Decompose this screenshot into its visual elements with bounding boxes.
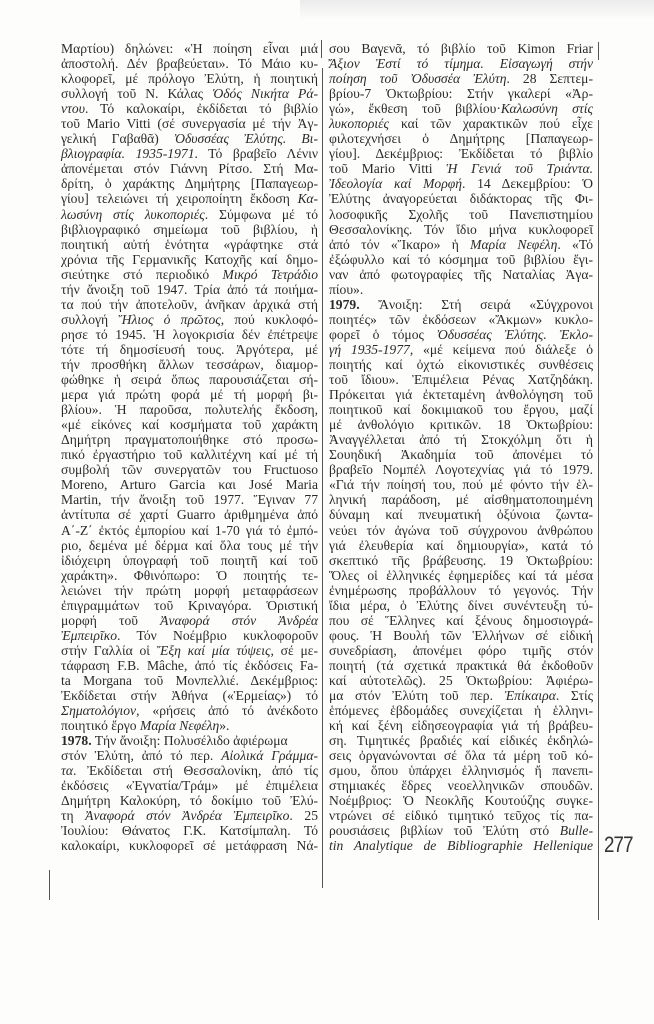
text-run: , «μέ κείμενα πού διάλεξε ὁ bbox=[410, 342, 593, 357]
text-line: φώθηκε ἡ σειρά ὅπως παρουσιάζεται σή- bbox=[61, 372, 318, 387]
text-line: σμου, ὅπου ὑπάρχει ἑλληνισμός ἤ πανεπι- bbox=[329, 763, 593, 778]
text-line: σου Βαγενᾶ, τό βιβλίο τοῦ Kimon Friar bbox=[329, 41, 593, 56]
text-line: ποιητές» τῶν ἐκδόσεων «Ἄκμων» κυκλο- bbox=[329, 312, 593, 327]
text-line: στημιακές ἕδρες νεοελληνικῶν σπουδῶν. bbox=[329, 778, 593, 793]
text-run: Ἐκδίδεται στήν Ἀθήνα («Ἑρμείας») τό bbox=[61, 688, 318, 703]
text-run: ἐνημέρωσης προβάλλουν τό γεγονός. Τήν bbox=[329, 583, 593, 598]
text-run: τοῦ Mario Vitti bbox=[329, 161, 446, 176]
text-line: πικό ἐργαστήριο τοῦ καλλιτέχνη καί μέ τή bbox=[61, 447, 318, 462]
text-run: βραβεῖο Νομπέλ Λογοτεχνίας γιά τό 1979. bbox=[329, 462, 593, 477]
text-line: ta Morgana τοῦ Μονπελλιέ. Δεκέμβριος: bbox=[61, 673, 318, 688]
text-run: βιβλιογραφικό σημείωμα τοῦ βιβλίου, ἡ bbox=[61, 222, 318, 237]
text-line: δύναμη καί πνευματική ὀξύνοια ζωντα- bbox=[329, 507, 593, 522]
text-line: τοῦ Mario Vitti Ἡ Γενιά τοῦ Τριάντα. bbox=[329, 161, 593, 176]
text-line: συλλογή Ἥλιος ὁ πρῶτος, πού κυκλοφό- bbox=[61, 312, 318, 327]
text-run: που σέ Ἕλληνες καί ξένους δημοσιογρά- bbox=[329, 613, 593, 628]
text-line: χαράκτη». Φθινόπωρο: Ὁ ποιητής τε- bbox=[61, 568, 318, 583]
text-line: Δημήτρη Καλοκύρη, τό δοκίμιο τοῦ Ἐλύ- bbox=[61, 793, 318, 808]
text-line: που σέ Ἕλληνες καί ξένους δημοσιογρά- bbox=[329, 613, 593, 628]
text-line: κή καί ξένη εἰδησεογραφία γιά τή βράβευ- bbox=[329, 718, 593, 733]
text-run: βρίου-7 Ὀκτωβρίου: Στήν γκαλερί «Ἀρ- bbox=[329, 86, 593, 101]
text-run: Ὅλες οἱ ἑλληνικές ἐφημερίδες καί τά μέσα bbox=[329, 568, 593, 583]
text-line: Ἰδεολογία καί Μορφή. 14 Δεκεμβρίου: Ὁ bbox=[329, 176, 593, 191]
text-run: τήν προσθήκη ἄλλων τεσσάρων, διαμορ- bbox=[61, 357, 318, 372]
text-line: γελική Γαβαθᾶ) Ὀδυσσέας Ἐλύτης. Βι- bbox=[61, 131, 318, 146]
text-run: μέ ἀνθολόγιο κριτικῶν. 18 Ὀκτωβρίου: bbox=[329, 417, 593, 432]
text-line: Martin, τήν ἄνοιξη τοῦ 1977. Ἔγιναν 77 bbox=[61, 492, 318, 507]
text-run: ἰδιόχειρη ὑπογραφή τοῦ ποιητῆ καί τοῦ bbox=[61, 553, 318, 568]
text-run: τοῦ Mario Vitti (σέ συνεργασία μέ τήν Ἀγ… bbox=[61, 116, 318, 131]
text-run: φώθηκε ἡ σειρά ὅπως παρουσιάζεται σή- bbox=[61, 372, 318, 387]
text-line: Ἰουλίου: Θάνατος Γ.Κ. Κατσίμπαλη. Τό bbox=[61, 823, 318, 838]
text-run: συμβολή τῶν συνεργατῶν του Fructuoso bbox=[61, 462, 318, 477]
text-line: δρίτη, ὁ χαράκτης Δημήτρης [Παπαγεωρ- bbox=[61, 176, 318, 191]
text-line: νεύει τόν ἀγώνα τοῦ σύγχρονου ἀνθρώπου bbox=[329, 523, 593, 538]
text-line: «Γιά τήν ποίησή του, πού μέ φόντο τήν ἑλ… bbox=[329, 477, 593, 492]
text-run: στημιακές ἕδρες νεοελληνικῶν σπουδῶν. bbox=[329, 778, 593, 793]
text-line: 1978. Τήν ἄνοιξη: Πολυσέλιδο ἀφιέρωμα bbox=[61, 733, 318, 748]
text-run: , σέ με- bbox=[271, 643, 318, 658]
italic-title: Ἐπίκαιρα bbox=[505, 688, 556, 703]
text-run: συλλογή bbox=[61, 312, 118, 327]
text-run: χρόνια τῆς Γερμανικῆς Κατοχῆς καί δημο- bbox=[61, 252, 318, 267]
text-line: μέ ἀνθολόγιο κριτικῶν. 18 Ὀκτωβρίου: bbox=[329, 417, 593, 432]
text-line: γή 1935-1977, «μέ κείμενα πού διάλεξε ὁ bbox=[329, 342, 593, 357]
text-run: , «ρήσεις ἀπό τό ἀνέκδοτο bbox=[136, 703, 318, 718]
text-run: τήν ἄνοιξη τοῦ 1947. Τρία ἀπό τά ποιήμα- bbox=[61, 282, 318, 297]
text-run: Ἄνοιξη: Στή σειρά «Σύγχρονοι bbox=[360, 297, 593, 312]
italic-title: ντου bbox=[61, 101, 85, 116]
text-run: ». bbox=[219, 718, 229, 733]
text-run: ἀπό τόν «Ἴκαρο» ἡ bbox=[329, 237, 470, 252]
text-run: ἐκδόσεις «Ἐγνατία/Τράμ» μέ ἐπιμέλεια bbox=[61, 778, 318, 793]
italic-title: γή 1935-1977 bbox=[329, 342, 410, 357]
italic-title: tin Analytique de Bibliographie Helleniq… bbox=[329, 838, 593, 853]
text-run: κλοφορεῖ, μέ πρόλογο Ἐλύτη, ἡ ποιητική bbox=[61, 71, 318, 86]
text-line: ἑπόμενες ἑβδομάδες συνεχίζεται ἡ ἑλληνι- bbox=[329, 703, 593, 718]
text-run: Ἀναγγέλλεται ἀπό τή Στοκχόλμη ὅτι ἡ bbox=[329, 432, 593, 447]
text-line: ἐπιγραμμάτων τοῦ Κριναγόρα. Ὁριστική bbox=[61, 598, 318, 613]
text-line: Δημήτρη πραγματοποιήθηκε στό προσω- bbox=[61, 432, 318, 447]
text-line: ἀντίτυπα σέ χαρτί Guarro ἀριθμημένα ἀπό bbox=[61, 507, 318, 522]
text-line: ἐνημέρωσης προβάλλουν τό γεγονός. Τήν bbox=[329, 583, 593, 598]
text-line: Πρόκειται γιά ἐκτεταμένη ἀνθολόγηση τοῦ bbox=[329, 387, 593, 402]
text-run: ρουσιάσεις βιβλίων τοῦ Ἐλύτη στό bbox=[329, 823, 560, 838]
text-run: λοσοφικῆς Σχολῆς τοῦ Πανεπιστημίου bbox=[329, 207, 593, 222]
italic-title: ποίηση τοῦ Ὀδυσσέα Ἐλύτη bbox=[329, 71, 507, 86]
text-line: ἀποστολή. Δέν βραβεύεται». Τό Μάιο κυ- bbox=[61, 56, 318, 71]
text-line: Ἀναγγέλλεται ἀπό τή Στοκχόλμη ὅτι ἡ bbox=[329, 432, 593, 447]
text-line: ἀπό τόν «Ἴκαρο» ἡ Μαρία Νεφέλη. «Τό bbox=[329, 237, 593, 252]
text-run: . Στίς bbox=[556, 688, 593, 703]
text-line: μορφή τοῦ Ἀναφορά στόν Ἀνδρέα bbox=[61, 613, 318, 628]
italic-title: Ὀδυσσέας Ἐλύτης. Βι- bbox=[174, 131, 318, 146]
text-run: ἐπιγραμμάτων τοῦ Κριναγόρα. Ὁριστική bbox=[61, 598, 318, 613]
text-line: χρόνια τῆς Γερμανικῆς Κατοχῆς καί δημο- bbox=[61, 252, 318, 267]
text-run: Θεσσαλονίκης. Τόν ἴδιο μήνα κυκλοφορεῖ bbox=[329, 222, 593, 237]
right-margin-rule bbox=[598, 42, 599, 60]
italic-title: βλιογραφία. 1935-1971 bbox=[61, 146, 195, 161]
italic-title: Μαρία Νεφέλη bbox=[140, 718, 219, 733]
text-run: ποιητικοῦ καί δοκιμιακοῦ του ἔργου, μαζί bbox=[329, 402, 593, 417]
text-run: συλλογή τοῦ Ν. Κάλας bbox=[61, 86, 212, 101]
text-run: Πρόκειται γιά ἐκτεταμένη ἀνθολόγηση τοῦ bbox=[329, 387, 593, 402]
italic-title: Ἰδεολογία καί Μορφή bbox=[329, 176, 462, 191]
italic-title: Καλωσύνη στίς bbox=[501, 101, 593, 116]
text-line: τότε τή δημοσίευσή τους. Ἀργότερα, μέ bbox=[61, 342, 318, 357]
text-line: καί αὐτοτελῶς). 25 Ὀκτωβρίου: Ἀφιέρω- bbox=[329, 673, 593, 688]
text-line: σιεύτηκε στό περιοδικό Μικρό Τετράδιο bbox=[61, 267, 318, 282]
text-run: ἀντίτυπα σέ χαρτί Guarro ἀριθμημένα ἀπό bbox=[61, 507, 318, 522]
text-line: μερα γιά πρώτη φορά μέ τή μορφή βι- bbox=[61, 387, 318, 402]
text-line: Ἐλύτης ἀναγορεύεται διδάκτορας τῆς Φι- bbox=[329, 191, 593, 206]
text-run: γίου]. Δεκέμβριος: Ἐκδίδεται τό βιβλίο bbox=[329, 146, 593, 161]
text-line: ἐξώφυλλο καί τό κόσμημα τοῦ βιβλίου ἔγι- bbox=[329, 252, 593, 267]
left-margin-rule bbox=[49, 870, 50, 900]
text-run: Δημήτρη Καλοκύρη, τό δοκίμιο τοῦ Ἐλύ- bbox=[61, 793, 318, 808]
text-line: βλίου». Ἡ παροῦσα, πολυτελής ἔκδοση, bbox=[61, 402, 318, 417]
text-line: πίου». bbox=[329, 282, 593, 297]
text-run: ναν ἀπό φωτογραφίες τῆς Ναταλίας Ἀγα- bbox=[329, 267, 593, 282]
text-run: . Ἐκδίδεται στή Θεσσαλονίκη, ἀπό τίς bbox=[73, 763, 318, 778]
text-line: βλιογραφία. 1935-1971. Τό βραβεῖο Λένιν bbox=[61, 146, 318, 161]
text-run: ριο, δεμένα μέ δέρμα καί ὅλα τους μέ τήν bbox=[61, 538, 318, 553]
text-line: ρησε τό 1945. Ἡ λογοκρισία δέν ἐπέτρεψε bbox=[61, 327, 318, 342]
text-line: συνεδρίαση, ἀπονέμει φόρο τιμῆς στόν bbox=[329, 643, 593, 658]
text-run: ντρώνει σέ εἰδικό τιμητικό τεῦχος τίς πα… bbox=[329, 808, 593, 823]
text-line: φιλοτεχνήσει ὁ Δημήτρης [Παπαγεωρ- bbox=[329, 131, 593, 146]
text-run: . 28 Σεπτεμ- bbox=[507, 71, 594, 86]
text-run: τοῦ ἴδιου». Ἐπιμέλεια Ρένας Χατζηδάκη. bbox=[329, 372, 593, 387]
italic-title: Ἄξιον Ἐστί τό τίμημα. Εἰσαγωγή στήν bbox=[329, 56, 593, 71]
text-line: 1979. Ἄνοιξη: Στή σειρά «Σύγχρονοι bbox=[329, 297, 593, 312]
text-line: ριο, δεμένα μέ δέρμα καί ὅλα τους μέ τήν bbox=[61, 538, 318, 553]
text-line: τάφραση F.B. Mâche, ἀπό τίς ἐκδόσεις Fa- bbox=[61, 658, 318, 673]
text-line: Ἐμπειρῖκο. Τόν Νοέμβριο κυκλοφοροῦν bbox=[61, 628, 318, 643]
left-text-column: Μαρτίου) δηλώνει: «Ἡ ποίηση εἶναι μιάἀπο… bbox=[61, 41, 318, 854]
italic-title: τα bbox=[61, 763, 73, 778]
text-line: ἰδιόχειρη ὑπογραφή τοῦ ποιητῆ καί τοῦ bbox=[61, 553, 318, 568]
text-run: φιλοτεχνήσει ὁ Δημήτρης [Παπαγεωρ- bbox=[329, 131, 593, 146]
text-run: ποιητής καί ὀχτώ εἰκονιστικές συνθέσεις bbox=[329, 357, 593, 372]
text-run: μορφή τοῦ bbox=[61, 613, 160, 628]
text-line: σεις ὀργανώνονται σέ ὅλα τά μέρη τοῦ κό- bbox=[329, 748, 593, 763]
text-line: λοσοφικῆς Σχολῆς τοῦ Πανεπιστημίου bbox=[329, 207, 593, 222]
text-run: Martin, τήν ἄνοιξη τοῦ 1977. Ἔγιναν 77 bbox=[61, 492, 318, 507]
text-run: σιεύτηκε στό περιοδικό bbox=[61, 267, 223, 282]
italic-title: Ἡ Γενιά τοῦ Τριάντα. bbox=[446, 161, 593, 176]
text-line: λωσύνη στίς λυκοποριές. Σύμφωνα μέ τό bbox=[61, 207, 318, 222]
text-line: «μέ εἰκόνες καί κοσμήματα τοῦ χαράκτη bbox=[61, 417, 318, 432]
text-run: . Σύμφωνα μέ τό bbox=[205, 207, 318, 222]
text-run: Α΄-Ζ΄ ἐκτός ἐμπορίου καί 1-70 γιά τό ἐμπ… bbox=[61, 523, 318, 538]
text-line: γίου] τελειώνει τή χειροποίητη ἔκδοση Κα… bbox=[61, 191, 318, 206]
text-line: λειώνει τήν πρώτη μορφή μεταφράσεων bbox=[61, 583, 318, 598]
text-line: τήν προσθήκη ἄλλων τεσσάρων, διαμορ- bbox=[61, 357, 318, 372]
text-run: . Τόν Νοέμβριο κυκλοφοροῦν bbox=[117, 628, 318, 643]
text-run: μερα γιά πρώτη φορά μέ τή μορφή βι- bbox=[61, 387, 318, 402]
text-run: . Τό βραβεῖο Λένιν bbox=[195, 146, 319, 161]
text-run: σμου, ὅπου ὑπάρχει ἑλληνισμός ἤ πανεπι- bbox=[329, 763, 593, 778]
text-run: Δημήτρη πραγματοποιήθηκε στό προσω- bbox=[61, 432, 318, 447]
text-line: ποιητής καί ὀχτώ εἰκονιστικές συνθέσεις bbox=[329, 357, 593, 372]
text-line: ποιητικό ἔργο Μαρία Νεφέλη». bbox=[61, 718, 318, 733]
year-heading: 1979. bbox=[329, 297, 360, 312]
text-run: στόν Ἐλύτη, ἀπό τό περ. bbox=[61, 748, 221, 763]
italic-title: Ἀναφορά στόν Ἀνδρέα Ἐμπειρῖκο bbox=[85, 808, 289, 823]
text-run: δύναμη καί πνευματική ὀξύνοια ζωντα- bbox=[329, 507, 593, 522]
text-line: ναν ἀπό φωτογραφίες τῆς Ναταλίας Ἀγα- bbox=[329, 267, 593, 282]
text-run: ἀποστολή. Δέν βραβεύεται». Τό Μάιο κυ- bbox=[61, 56, 318, 71]
text-run: μα στόν Ἐλύτη τοῦ περ. bbox=[329, 688, 505, 703]
text-run: γελική Γαβαθᾶ) bbox=[61, 131, 174, 146]
text-run: τάφραση F.B. Mâche, ἀπό τίς ἐκδόσεις Fa- bbox=[61, 658, 318, 673]
text-run: πικό ἐργαστήριο τοῦ καλλιτέχνη καί μέ τή bbox=[61, 447, 318, 462]
text-run: ση. Τιμητικές βραδιές καί εἰδικές ἐκδηλώ… bbox=[329, 733, 593, 748]
text-line: γιά ἐλευθερία καί δημιουργία», κατά τό bbox=[329, 538, 593, 553]
text-line: Σηματολόγιον, «ρήσεις ἀπό τό ἀνέκδοτο bbox=[61, 703, 318, 718]
text-line: Ἄξιον Ἐστί τό τίμημα. Εἰσαγωγή στήν bbox=[329, 56, 593, 71]
text-run: . 25 bbox=[289, 808, 318, 823]
text-run: . Τό καλοκαίρι, ἐκδίδεται τό βιβλίο bbox=[85, 101, 318, 116]
text-line: Ἐκδίδεται στήν Ἀθήνα («Ἑρμείας») τό bbox=[61, 688, 318, 703]
text-line: ποιητή (τά σχετικά πρακτικά θά ἐκδοθοῦν bbox=[329, 658, 593, 673]
text-run: Τήν ἄνοιξη: Πολυσέλιδο ἀφιέρωμα bbox=[92, 733, 288, 748]
text-run: φορεῖ ὁ τόμος bbox=[329, 327, 437, 342]
text-run: , πού κυκλοφό- bbox=[221, 312, 318, 327]
text-line: Ὅλες οἱ ἑλληνικές ἐφημερίδες καί τά μέσα bbox=[329, 568, 593, 583]
text-run: ρησε τό 1945. Ἡ λογοκρισία δέν ἐπέτρεψε bbox=[61, 327, 318, 342]
text-line: μα στόν Ἐλύτη τοῦ περ. Ἐπίκαιρα. Στίς bbox=[329, 688, 593, 703]
text-run: ta Morgana τοῦ Μονπελλιέ. Δεκέμβριος: bbox=[61, 673, 318, 688]
text-line: ποιητικοῦ καί δοκιμιακοῦ του ἔργου, μαζί bbox=[329, 402, 593, 417]
text-line: ρουσιάσεις βιβλίων τοῦ Ἐλύτη στό Bulle- bbox=[329, 823, 593, 838]
text-line: ντου. Τό καλοκαίρι, ἐκδίδεται τό βιβλίο bbox=[61, 101, 318, 116]
text-line: τα. Ἐκδίδεται στή Θεσσαλονίκη, ἀπό τίς bbox=[61, 763, 318, 778]
text-line: στήν Γαλλία οἱ Ἔξη καί μία τύψεις, σέ με… bbox=[61, 643, 318, 658]
text-run: βλίου». Ἡ παροῦσα, πολυτελής ἔκδοση, bbox=[61, 402, 318, 417]
text-run: συνεδρίαση, ἀπονέμει φόρο τιμῆς στόν bbox=[329, 643, 593, 658]
text-run: ἐξώφυλλο καί τό κόσμημα τοῦ βιβλίου ἔγι- bbox=[329, 252, 593, 267]
text-run: ποιητική αὐτή ἑνότητα «γράφτηκε στά bbox=[61, 237, 318, 252]
text-run: τότε τή δημοσίευσή τους. Ἀργότερα, μέ bbox=[61, 342, 318, 357]
text-line: τοῦ Mario Vitti (σέ συνεργασία μέ τήν Ἀγ… bbox=[61, 116, 318, 131]
italic-title: Ἔξη καί μία τύψεις bbox=[157, 643, 271, 658]
text-run: σκεπτικό τῆς βράβευσης. 19 Ὀκτωβρίου: bbox=[329, 553, 593, 568]
italic-title: Σηματολόγιον bbox=[61, 703, 136, 718]
text-run: ἴδια μέρα, ὁ Ἐλύτης δίνει συνέντευξη τύ- bbox=[329, 598, 593, 613]
italic-title: Bulle- bbox=[560, 823, 593, 838]
text-run: σεις ὀργανώνονται σέ ὅλα τά μέρη τοῦ κό- bbox=[329, 748, 593, 763]
text-line: Σουηδική Ἀκαδημία τοῦ ἀπονέμει τό bbox=[329, 447, 593, 462]
text-line: ἴδια μέρα, ὁ Ἐλύτης δίνει συνέντευξη τύ- bbox=[329, 598, 593, 613]
text-line: ἀπονέμεται στόν Γιάννη Ρίτσο. Στή Μα- bbox=[61, 161, 318, 176]
text-line: Θεσσαλονίκης. Τόν ἴδιο μήνα κυκλοφορεῖ bbox=[329, 222, 593, 237]
page-number: 277 bbox=[604, 832, 633, 858]
right-margin-rule bbox=[598, 120, 599, 920]
italic-title: Κα- bbox=[298, 191, 318, 206]
text-run: τη bbox=[61, 808, 85, 823]
text-line: γώ», ἔκθεση τοῦ βιβλίου·Καλωσύνη στίς bbox=[329, 101, 593, 116]
text-line: τα πού τήν ἀποτελοῦν, ἀνῆκαν ἀρχικά στή bbox=[61, 297, 318, 312]
text-run: γίου] τελειώνει τή χειροποίητη ἔκδοση bbox=[61, 191, 298, 206]
text-line: στόν Ἐλύτη, ἀπό τό περ. Αἰολικά Γράμμα- bbox=[61, 748, 318, 763]
text-line: τη Ἀναφορά στόν Ἀνδρέα Ἐμπειρῖκο. 25 bbox=[61, 808, 318, 823]
text-line: καλοκαίρι, κυκλοφορεῖ σέ μετάφραση Νά- bbox=[61, 838, 318, 853]
text-line: γίου]. Δεκέμβριος: Ἐκδίδεται τό βιβλίο bbox=[329, 146, 593, 161]
text-run: γιά ἐλευθερία καί δημιουργία», κατά τό bbox=[329, 538, 593, 553]
text-run: γώ», ἔκθεση τοῦ βιβλίου· bbox=[329, 101, 501, 116]
text-line: συμβολή τῶν συνεργατῶν του Fructuoso bbox=[61, 462, 318, 477]
italic-title: Μικρό Τετράδιο bbox=[223, 267, 318, 282]
text-run: λειώνει τήν πρώτη μορφή μεταφράσεων bbox=[61, 583, 318, 598]
text-run: Moreno, Arturo Garcia και José Maria bbox=[61, 477, 318, 492]
text-run: καί τῶν χαρακτικῶν πού εἶχε bbox=[389, 116, 593, 131]
text-run: καί αὐτοτελῶς). 25 Ὀκτωβρίου: Ἀφιέρω- bbox=[329, 673, 593, 688]
text-line: βιβλιογραφικό σημείωμα τοῦ βιβλίου, ἡ bbox=[61, 222, 318, 237]
text-line: tin Analytique de Bibliographie Helleniq… bbox=[329, 838, 593, 853]
text-run: κή καί ξένη εἰδησεογραφία γιά τή βράβευ- bbox=[329, 718, 593, 733]
text-line: Μαρτίου) δηλώνει: «Ἡ ποίηση εἶναι μιά bbox=[61, 41, 318, 56]
text-line: κλοφορεῖ, μέ πρόλογο Ἐλύτη, ἡ ποιητική bbox=[61, 71, 318, 86]
italic-title: Μαρία Νεφέλη bbox=[470, 237, 557, 252]
text-line: ἐκδόσεις «Ἐγνατία/Τράμ» μέ ἐπιμέλεια bbox=[61, 778, 318, 793]
text-run: «Γιά τήν ποίησή του, πού μέ φόντο τήν ἑλ… bbox=[329, 477, 593, 492]
text-run: «μέ εἰκόνες καί κοσμήματα τοῦ χαράκτη bbox=[61, 417, 318, 432]
text-line: τήν ἄνοιξη τοῦ 1947. Τρία ἀπό τά ποιήμα- bbox=[61, 282, 318, 297]
text-line: φους. Ἡ Βουλή τῶν Ἑλλήνων σέ εἰδική bbox=[329, 628, 593, 643]
text-run: Σουηδική Ἀκαδημία τοῦ ἀπονέμει τό bbox=[329, 447, 593, 462]
italic-title: λυκοποριές bbox=[329, 116, 389, 131]
text-line: Α΄-Ζ΄ ἐκτός ἐμπορίου καί 1-70 γιά τό ἐμπ… bbox=[61, 523, 318, 538]
text-run: πίου». bbox=[329, 282, 363, 297]
text-run: . «Τό bbox=[557, 237, 593, 252]
scan-shadow bbox=[300, 0, 654, 20]
year-heading: 1978. bbox=[61, 733, 92, 748]
italic-title: Ἥλιος ὁ πρῶτος bbox=[118, 312, 220, 327]
italic-title: Ὀδυσσέας Ἐλύτης. Ἐκλο- bbox=[437, 327, 593, 342]
text-line: ση. Τιμητικές βραδιές καί εἰδικές ἐκδηλώ… bbox=[329, 733, 593, 748]
text-run: Ἐλύτης ἀναγορεύεται διδάκτορας τῆς Φι- bbox=[329, 191, 593, 206]
text-run: τα πού τήν ἀποτελοῦν, ἀνῆκαν ἀρχικά στή bbox=[61, 297, 318, 312]
text-line: ντρώνει σέ εἰδικό τιμητικό τεῦχος τίς πα… bbox=[329, 808, 593, 823]
text-run: ποιητή (τά σχετικά πρακτικά θά ἐκδοθοῦν bbox=[329, 658, 593, 673]
italic-title: Ἀναφορά στόν Ἀνδρέα bbox=[160, 613, 318, 628]
text-run: ποιητές» τῶν ἐκδόσεων «Ἄκμων» κυκλο- bbox=[329, 312, 593, 327]
text-line: βρίου-7 Ὀκτωβρίου: Στήν γκαλερί «Ἀρ- bbox=[329, 86, 593, 101]
italic-title: Ἐμπειρῖκο bbox=[61, 628, 117, 643]
text-line: τοῦ ἴδιου». Ἐπιμέλεια Ρένας Χατζηδάκη. bbox=[329, 372, 593, 387]
text-line: Moreno, Arturo Garcia και José Maria bbox=[61, 477, 318, 492]
text-run: ἀπονέμεται στόν Γιάννη Ρίτσο. Στή Μα- bbox=[61, 161, 318, 176]
text-run: σου Βαγενᾶ, τό βιβλίο τοῦ Kimon Friar bbox=[329, 41, 593, 56]
italic-title: Ὁδός Νικήτα Ρά- bbox=[212, 86, 318, 101]
italic-title: λωσύνη στίς λυκοποριές bbox=[61, 207, 205, 222]
text-line: βραβεῖο Νομπέλ Λογοτεχνίας γιά τό 1979. bbox=[329, 462, 593, 477]
text-line: ποιητική αὐτή ἑνότητα «γράφτηκε στά bbox=[61, 237, 318, 252]
text-run: ποιητικό ἔργο bbox=[61, 718, 140, 733]
text-line: σκεπτικό τῆς βράβευσης. 19 Ὀκτωβρίου: bbox=[329, 553, 593, 568]
column-divider bbox=[321, 40, 322, 58]
text-run: . 14 Δεκεμβρίου: Ὁ bbox=[462, 176, 593, 191]
text-line: ληνική παράδοση, μέ αἰσθηματοποιημένη bbox=[329, 492, 593, 507]
text-run: φους. Ἡ Βουλή τῶν Ἑλλήνων σέ εἰδική bbox=[329, 628, 593, 643]
text-line: λυκοποριές καί τῶν χαρακτικῶν πού εἶχε bbox=[329, 116, 593, 131]
text-run: δρίτη, ὁ χαράκτης Δημήτρης [Παπαγεωρ- bbox=[61, 176, 318, 191]
text-run: στήν Γαλλία οἱ bbox=[61, 643, 157, 658]
text-run: καλοκαίρι, κυκλοφορεῖ σέ μετάφραση Νά- bbox=[61, 838, 318, 853]
text-run: ἑπόμενες ἑβδομάδες συνεχίζεται ἡ ἑλληνι- bbox=[329, 703, 593, 718]
text-line: συλλογή τοῦ Ν. Κάλας Ὁδός Νικήτα Ρά- bbox=[61, 86, 318, 101]
text-run: Μαρτίου) δηλώνει: «Ἡ ποίηση εἶναι μιά bbox=[61, 41, 318, 56]
text-run: χαράκτη». Φθινόπωρο: Ὁ ποιητής τε- bbox=[61, 568, 318, 583]
text-line: ποίηση τοῦ Ὀδυσσέα Ἐλύτη. 28 Σεπτεμ- bbox=[329, 71, 593, 86]
text-run: Ἰουλίου: Θάνατος Γ.Κ. Κατσίμπαλη. Τό bbox=[61, 823, 318, 838]
italic-title: Αἰολικά Γράμμα- bbox=[221, 748, 318, 763]
text-line: Νοέμβριος: Ὁ Νεοκλῆς Κουτούζης συγκε- bbox=[329, 793, 593, 808]
text-line: φορεῖ ὁ τόμος Ὀδυσσέας Ἐλύτης. Ἐκλο- bbox=[329, 327, 593, 342]
text-run: νεύει τόν ἀγώνα τοῦ σύγχρονου ἀνθρώπου bbox=[329, 523, 593, 538]
text-run: ληνική παράδοση, μέ αἰσθηματοποιημένη bbox=[329, 492, 593, 507]
scanned-page: Μαρτίου) δηλώνει: «Ἡ ποίηση εἶναι μιάἀπο… bbox=[0, 0, 654, 1024]
text-run: Νοέμβριος: Ὁ Νεοκλῆς Κουτούζης συγκε- bbox=[329, 793, 593, 808]
right-text-column: σου Βαγενᾶ, τό βιβλίο τοῦ Kimon FriarἌξι… bbox=[329, 41, 593, 854]
column-divider bbox=[322, 68, 323, 888]
